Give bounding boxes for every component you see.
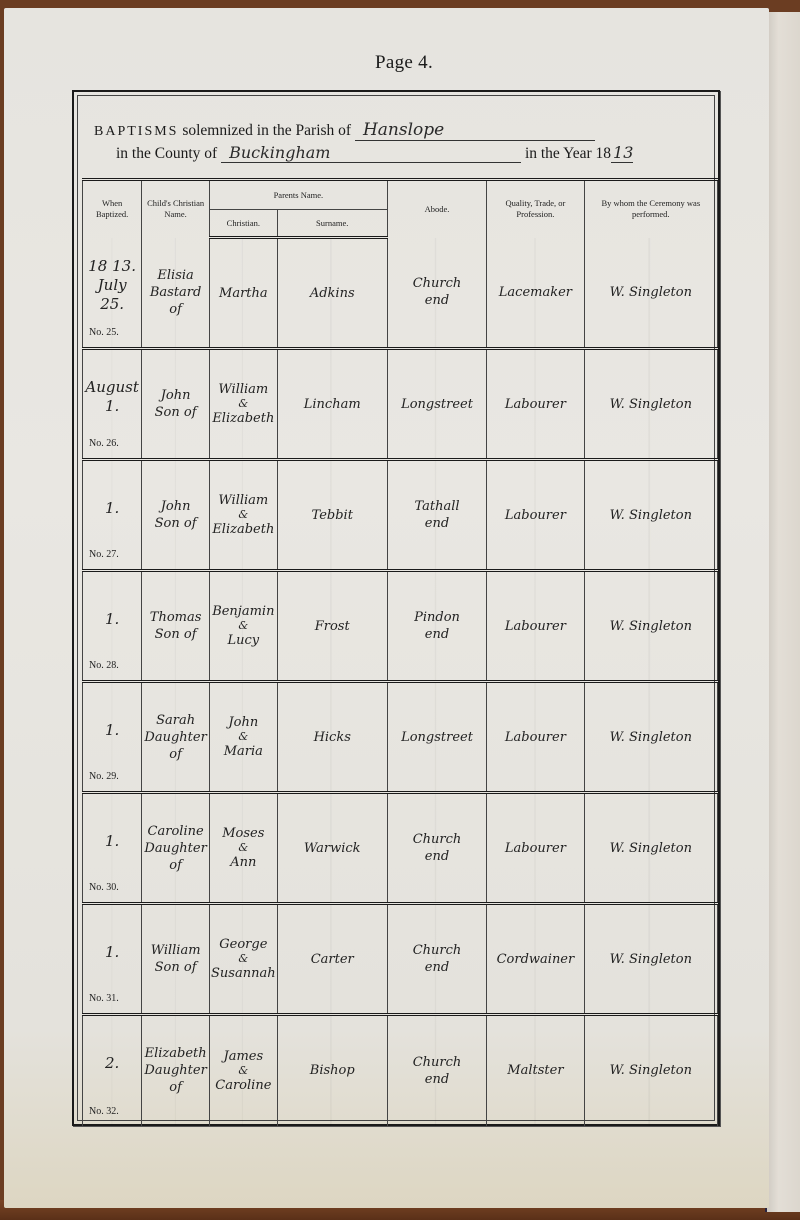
header-quality: Quality, Trade, or Profession. <box>487 180 584 238</box>
cell-trade: Labourer <box>487 682 584 793</box>
county-field: Buckingham <box>221 143 521 163</box>
parent-1: Benjamin <box>210 603 277 620</box>
abode-line-2: end <box>388 959 486 976</box>
entry-number: No. 29. <box>89 768 119 785</box>
entry-number: No. 25. <box>89 324 119 341</box>
child-relation: Son of <box>142 626 209 643</box>
cell-child-name: John Son of <box>142 349 210 460</box>
parent-2: Ann <box>210 854 277 871</box>
cell-parents-christian: Moses & Ann <box>209 793 277 904</box>
child-name: Caroline <box>142 823 209 840</box>
baptism-date: 18 13. July 25. <box>83 257 141 314</box>
trade: Cordwainer <box>497 952 575 967</box>
minister-signature: W. Singleton <box>610 619 692 634</box>
cell-minister: W. Singleton <box>584 793 717 904</box>
cell-parents-christian: James & Caroline <box>209 1015 277 1126</box>
cell-child-name: Thomas Son of <box>142 571 210 682</box>
cell-trade: Lacemaker <box>487 238 584 349</box>
cell-when-baptized: 1. No. 31. <box>83 904 142 1015</box>
baptism-date: 2. <box>83 1054 141 1073</box>
minister-signature: W. Singleton <box>610 397 692 412</box>
parent-2: Maria <box>210 743 277 760</box>
register-entry-row: 1. No. 28. Thomas Son of Benjamin & Lucy… <box>83 571 718 682</box>
abode-line-1: Church <box>388 275 486 292</box>
register-title-line-2: in the County of Buckingham in the Year … <box>116 143 633 163</box>
cell-surname: Tebbit <box>277 460 387 571</box>
header-parents-surname: Surname. <box>277 210 387 238</box>
abode-line-1: Pindon <box>388 609 486 626</box>
cell-abode: Pindon end <box>387 571 486 682</box>
entry-number: No. 30. <box>89 879 119 896</box>
cell-abode: Tathall end <box>387 460 486 571</box>
cell-when-baptized: 2. No. 32. <box>83 1015 142 1126</box>
child-relation: Son of <box>142 404 209 421</box>
cell-child-name: John Son of <box>142 460 210 571</box>
cell-minister: W. Singleton <box>584 460 717 571</box>
cell-abode: Church end <box>387 793 486 904</box>
trade: Labourer <box>505 397 566 412</box>
year-field: 13 <box>611 143 633 163</box>
trade: Labourer <box>505 730 566 745</box>
register-title-line-1: BAPTISMS solemnized in the Parish of Han… <box>94 120 595 141</box>
parent-1: William <box>210 381 277 398</box>
entry-number: No. 27. <box>89 546 119 563</box>
cell-surname: Warwick <box>277 793 387 904</box>
surname: Tebbit <box>312 508 353 523</box>
baptism-date: 1. <box>83 721 141 740</box>
cell-surname: Bishop <box>277 1015 387 1126</box>
ampersand: & <box>210 1065 277 1077</box>
abode-line-2: end <box>388 1071 486 1088</box>
parent-1: William <box>210 492 277 509</box>
register-entry-row: 18 13. July 25. No. 25. Elisia Bastard o… <box>83 238 718 349</box>
entry-number: No. 26. <box>89 435 119 452</box>
cell-surname: Frost <box>277 571 387 682</box>
cell-child-name: Elizabeth Daughter of <box>142 1015 210 1126</box>
cell-trade: Labourer <box>487 793 584 904</box>
cell-minister: W. Singleton <box>584 904 717 1015</box>
entry-number: No. 32. <box>89 1103 119 1120</box>
cell-abode: Church end <box>387 238 486 349</box>
abode-line-2: end <box>388 626 486 643</box>
ampersand: & <box>210 842 277 854</box>
register-entry-row: 1. No. 29. Sarah Daughter of John & Mari… <box>83 682 718 793</box>
cell-when-baptized: 1. No. 28. <box>83 571 142 682</box>
minister-signature: W. Singleton <box>610 1063 692 1078</box>
register-entry-row: 1. No. 30. Caroline Daughter of Moses & … <box>83 793 718 904</box>
child-relation: Daughter of <box>142 729 209 763</box>
cell-parents-christian: George & Susannah <box>209 904 277 1015</box>
parent-1: James <box>210 1048 277 1065</box>
child-name: Elizabeth <box>142 1045 209 1062</box>
cell-surname: Lincham <box>277 349 387 460</box>
cell-parents-christian: Martha <box>209 238 277 349</box>
ampersand: & <box>210 398 277 410</box>
surname: Bishop <box>310 1063 355 1078</box>
parent-2: Elizabeth <box>210 410 277 427</box>
cell-when-baptized: 1. No. 29. <box>83 682 142 793</box>
cell-parents-christian: John & Maria <box>209 682 277 793</box>
abode-line-2: end <box>388 292 486 309</box>
header-ceremony-by: By whom the Ceremony was performed. <box>584 180 717 238</box>
cell-minister: W. Singleton <box>584 238 717 349</box>
abode-line-1: Church <box>388 1054 486 1071</box>
cell-minister: W. Singleton <box>584 682 717 793</box>
minister-signature: W. Singleton <box>610 952 692 967</box>
parent-1: Martha <box>210 285 277 302</box>
cell-abode: Church end <box>387 904 486 1015</box>
cell-child-name: William Son of <box>142 904 210 1015</box>
header-parents-name: Parents Name. <box>209 180 387 210</box>
child-relation: Son of <box>142 959 209 976</box>
header-when-baptized: When Baptized. <box>83 180 142 238</box>
baptism-date: August 1. <box>83 378 141 416</box>
entry-number: No. 28. <box>89 657 119 674</box>
minister-signature: W. Singleton <box>610 841 692 856</box>
surname: Warwick <box>304 841 361 856</box>
trade: Labourer <box>505 619 566 634</box>
register-frame: BAPTISMS solemnized in the Parish of Han… <box>72 90 720 1126</box>
cell-child-name: Elisia Bastard of <box>142 238 210 349</box>
cell-parents-christian: William & Elizabeth <box>209 349 277 460</box>
cell-when-baptized: 18 13. July 25. No. 25. <box>83 238 142 349</box>
abode-line-1: Longstreet <box>388 396 486 413</box>
abode-line-2: end <box>388 515 486 532</box>
cell-when-baptized: 1. No. 30. <box>83 793 142 904</box>
adjacent-page-edge <box>765 12 800 1212</box>
parent-2: Lucy <box>210 632 277 649</box>
register-entry-row: 1. No. 27. John Son of William & Elizabe… <box>83 460 718 571</box>
cell-child-name: Sarah Daughter of <box>142 682 210 793</box>
baptism-register-table: When Baptized. Child's Christian Name. P… <box>82 178 718 1126</box>
child-name: Sarah <box>142 712 209 729</box>
cell-trade: Maltster <box>487 1015 584 1126</box>
surname: Frost <box>315 619 350 634</box>
register-entry-row: 2. No. 32. Elizabeth Daughter of James &… <box>83 1015 718 1126</box>
child-relation: Daughter of <box>142 840 209 874</box>
surname: Lincham <box>304 397 361 412</box>
ampersand: & <box>210 509 277 521</box>
child-relation: Bastard of <box>142 284 209 318</box>
abode-line-1: Longstreet <box>388 729 486 746</box>
parent-2: Caroline <box>210 1077 277 1094</box>
cell-minister: W. Singleton <box>584 571 717 682</box>
ampersand: & <box>210 953 277 965</box>
cell-surname: Carter <box>277 904 387 1015</box>
parent-1: John <box>210 714 277 731</box>
child-name: Elisia <box>142 267 209 284</box>
cell-when-baptized: August 1. No. 26. <box>83 349 142 460</box>
cell-minister: W. Singleton <box>584 1015 717 1126</box>
parent-2: Susannah <box>210 965 277 982</box>
cell-abode: Longstreet <box>387 682 486 793</box>
baptism-date: 1. <box>83 943 141 962</box>
abode-line-1: Church <box>388 942 486 959</box>
header-parents-christian: Christian. <box>209 210 277 238</box>
parish-field: Hanslope <box>355 120 595 141</box>
cell-trade: Labourer <box>487 460 584 571</box>
register-page: Page 4. BAPTISMS solemnized in the Paris… <box>4 8 769 1208</box>
surname: Carter <box>311 952 354 967</box>
cell-abode: Longstreet <box>387 349 486 460</box>
child-relation: Daughter of <box>142 1062 209 1096</box>
child-relation: Son of <box>142 515 209 532</box>
child-name: Thomas <box>142 609 209 626</box>
minister-signature: W. Singleton <box>610 730 692 745</box>
cell-child-name: Caroline Daughter of <box>142 793 210 904</box>
cell-surname: Hicks <box>277 682 387 793</box>
cell-surname: Adkins <box>277 238 387 349</box>
abode-line-1: Church <box>388 831 486 848</box>
baptism-date: 1. <box>83 832 141 851</box>
abode-line-1: Tathall <box>388 498 486 515</box>
baptisms-heading: BAPTISMS <box>94 124 178 139</box>
parent-2: Elizabeth <box>210 521 277 538</box>
minister-signature: W. Singleton <box>610 508 692 523</box>
trade: Labourer <box>505 508 566 523</box>
child-name: William <box>142 942 209 959</box>
child-name: John <box>142 498 209 515</box>
register-entry-row: August 1. No. 26. John Son of William & … <box>83 349 718 460</box>
abode-line-2: end <box>388 848 486 865</box>
cell-abode: Church end <box>387 1015 486 1126</box>
parent-1: Moses <box>210 825 277 842</box>
cell-parents-christian: Benjamin & Lucy <box>209 571 277 682</box>
minister-signature: W. Singleton <box>610 285 692 300</box>
surname: Hicks <box>314 730 351 745</box>
baptism-date: 1. <box>83 499 141 518</box>
page-number: Page 4. <box>4 52 800 74</box>
trade: Lacemaker <box>499 285 572 300</box>
cell-when-baptized: 1. No. 27. <box>83 460 142 571</box>
register-entry-row: 1. No. 31. William Son of George & Susan… <box>83 904 718 1015</box>
ampersand: & <box>210 620 277 632</box>
entry-number: No. 31. <box>89 990 119 1007</box>
parent-1: George <box>210 936 277 953</box>
cell-trade: Cordwainer <box>487 904 584 1015</box>
trade: Maltster <box>507 1063 563 1078</box>
cell-parents-christian: William & Elizabeth <box>209 460 277 571</box>
surname: Adkins <box>310 286 355 301</box>
header-child-name: Child's Christian Name. <box>142 180 210 238</box>
cell-minister: W. Singleton <box>584 349 717 460</box>
cell-trade: Labourer <box>487 571 584 682</box>
header-abode: Abode. <box>387 180 486 238</box>
trade: Labourer <box>505 841 566 856</box>
cell-trade: Labourer <box>487 349 584 460</box>
child-name: John <box>142 387 209 404</box>
baptism-date: 1. <box>83 610 141 629</box>
ampersand: & <box>210 731 277 743</box>
